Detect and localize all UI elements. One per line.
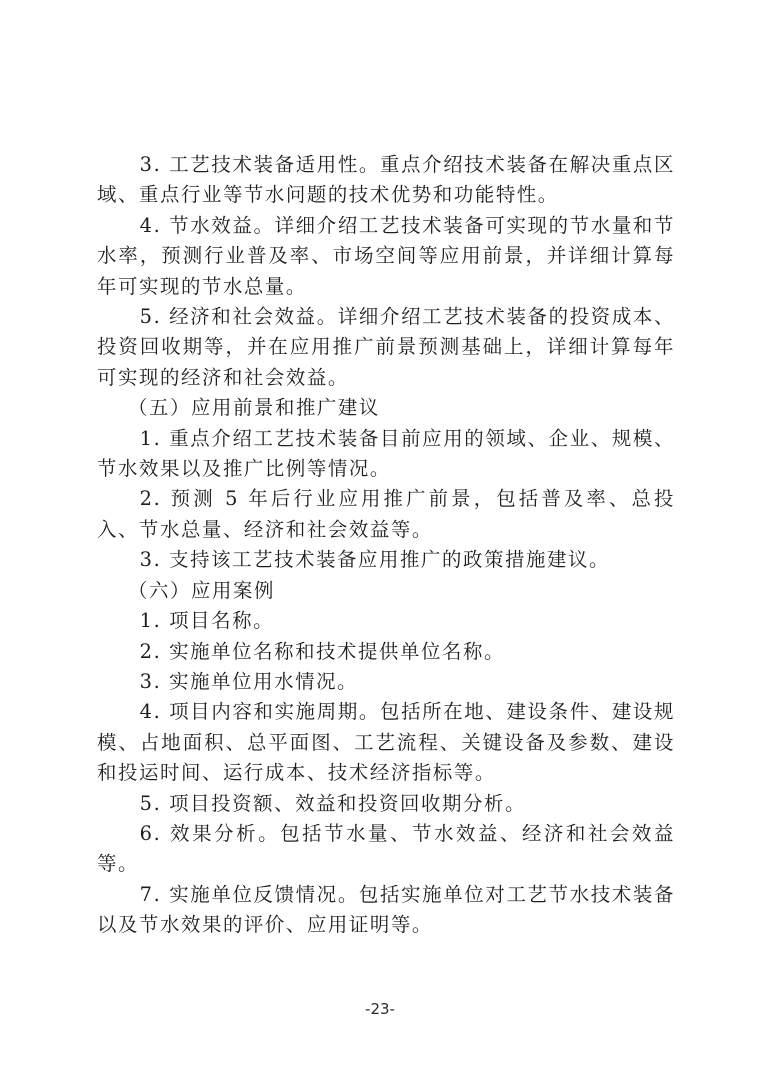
item-3-policy-suggestions: 3. 支持该工艺技术装备应用推广的政策措施建议。 [97, 545, 675, 575]
page-number: -23- [0, 1000, 760, 1018]
item-4-water-saving-benefit: 4. 节水效益。详细介绍工艺技术装备可实现的节水量和节水率，预测行业普及率、市场… [97, 211, 675, 302]
case-item-2: 2. 实施单位名称和技术提供单位名称。 [97, 637, 675, 667]
case-item-7: 7. 实施单位反馈情况。包括实施单位对工艺节水技术装备以及节水效果的评价、应用证… [97, 880, 675, 941]
case-item-1: 1. 项目名称。 [97, 606, 675, 636]
section-heading-5: （五）应用前景和推广建议 [97, 393, 675, 423]
item-1-current-application: 1. 重点介绍工艺技术装备目前应用的领域、企业、规模、节水效果以及推广比例等情况… [97, 424, 675, 485]
item-2-forecast: 2. 预测 5 年后行业应用推广前景，包括普及率、总投入、节水总量、经济和社会效… [97, 484, 675, 545]
case-item-4: 4. 项目内容和实施周期。包括所在地、建设条件、建设规模、占地面积、总平面图、工… [97, 697, 675, 788]
item-5-economic-social-benefit: 5. 经济和社会效益。详细介绍工艺技术装备的投资成本、投资回收期等，并在应用推广… [97, 302, 675, 393]
section-heading-6: （六）应用案例 [97, 576, 675, 606]
document-body: 3. 工艺技术装备适用性。重点介绍技术装备在解决重点区域、重点行业等节水问题的技… [97, 150, 675, 941]
item-3-applicability: 3. 工艺技术装备适用性。重点介绍技术装备在解决重点区域、重点行业等节水问题的技… [97, 150, 675, 211]
case-item-3: 3. 实施单位用水情况。 [97, 667, 675, 697]
case-item-6: 6. 效果分析。包括节水量、节水效益、经济和社会效益等。 [97, 819, 675, 880]
case-item-5: 5. 项目投资额、效益和投资回收期分析。 [97, 789, 675, 819]
